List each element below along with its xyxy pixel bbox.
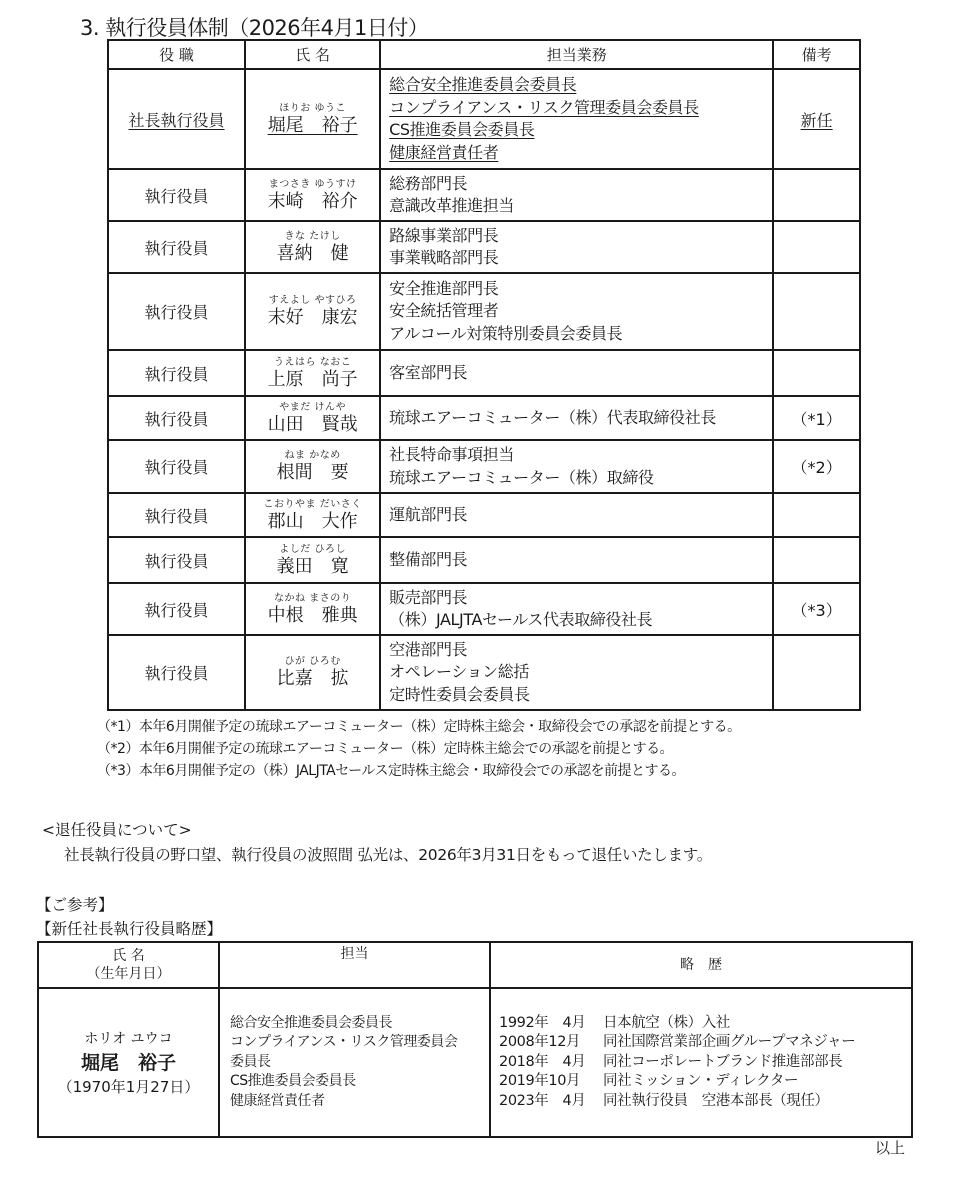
biography-table: 氏 名（生年月日） 担当 略 歴 ホリオ ユウコ 堀尾 裕子 （1970年1月2… <box>37 941 913 1138</box>
position: 執行役員 <box>108 635 245 710</box>
note: （*2） <box>773 440 860 493</box>
duty: （株）JALJTAセールス代表取締役社長 <box>389 609 772 632</box>
career-date: 1992年 4月 <box>499 1014 603 1034</box>
career-date: 2019年10月 <box>499 1072 603 1092</box>
note <box>773 537 860 583</box>
table-row: 執行役員 ひが ひろむ比嘉 拡 空港部門長 オペレーション総括 定時性委員会委員… <box>108 635 860 710</box>
career-desc: 同社国際営業部企画グループマネジャー <box>603 1033 855 1053</box>
name-kana: ホリオ ユウコ <box>39 1028 218 1050</box>
header-career: 略 歴 <box>490 942 912 988</box>
note <box>773 493 860 537</box>
duty: 総務部門長 <box>389 173 772 196</box>
name: 末好 康宏 <box>246 307 379 329</box>
table-row: 執行役員 うえはら なおこ上原 尚子 客室部門長 <box>108 350 860 396</box>
name: 山田 賢哉 <box>246 414 379 436</box>
career-desc: 同社コーポレートブランド推進部部長 <box>603 1053 842 1073</box>
career-entry: 2008年12月同社国際営業部企画グループマネジャー <box>499 1033 911 1053</box>
duty: 安全統括管理者 <box>389 300 772 323</box>
duty: 運航部門長 <box>389 504 772 527</box>
career-date: 2023年 4月 <box>499 1092 603 1112</box>
duty: 路線事業部門長 <box>389 225 772 248</box>
name: 中根 雅典 <box>246 605 379 627</box>
position: 執行役員 <box>108 493 245 537</box>
note <box>773 635 860 710</box>
career-entry: 2018年 4月同社コーポレートブランド推進部部長 <box>499 1053 911 1073</box>
duty: 琉球エアーコミューター（株）取締役 <box>389 467 772 490</box>
name: 喜納 健 <box>246 243 379 265</box>
duty: 委員長 <box>230 1053 489 1073</box>
header-duty: 担当 <box>219 942 490 988</box>
duty: CS推進委員会委員長 <box>389 119 772 142</box>
header-name: 氏 名 <box>245 40 380 69</box>
name-kana: よしだ ひろし <box>246 543 379 556</box>
reference-label: 【ご参考】 <box>36 893 114 915</box>
closing-text: 以上 <box>875 1137 905 1158</box>
position: 執行役員 <box>108 169 245 221</box>
table-row: 執行役員 こおりやま だいさく郡山 大作 運航部門長 <box>108 493 860 537</box>
name-kana: なかね まさのり <box>246 592 379 605</box>
duty: コンプライアンス・リスク管理委員会 <box>230 1033 489 1053</box>
position: 執行役員 <box>108 221 245 273</box>
duty: 整備部門長 <box>389 549 772 572</box>
duty: 意識改革推進担当 <box>389 195 772 218</box>
career-desc: 同社執行役員 空港本部長（現任） <box>603 1092 829 1112</box>
name: 義田 寛 <box>246 556 379 578</box>
name: 比嘉 拡 <box>246 668 379 690</box>
note: （*3） <box>773 583 860 635</box>
duty: 社長特命事項担当 <box>389 444 772 467</box>
name: 郡山 大作 <box>246 511 379 533</box>
duty: 販売部門長 <box>389 587 772 610</box>
name-kana: ねま かなめ <box>246 449 379 462</box>
position: 執行役員 <box>108 396 245 440</box>
duty: 琉球エアーコミューター（株）代表取締役社長 <box>389 407 772 430</box>
duty: 総合安全推進委員会委員長 <box>389 74 772 97</box>
name: 末崎 裕介 <box>246 191 379 213</box>
duty: 定時性委員会委員長 <box>389 684 772 707</box>
table-row: 執行役員 まつさき ゆうすけ末崎 裕介 総務部門長 意識改革推進担当 <box>108 169 860 221</box>
duty: 総合安全推進委員会委員長 <box>230 1014 489 1034</box>
name-kana: こおりやま だいさく <box>246 498 379 511</box>
position: 執行役員 <box>108 350 245 396</box>
note <box>773 221 860 273</box>
duty: 事業戦略部門長 <box>389 247 772 270</box>
table-header-row: 氏 名（生年月日） 担当 略 歴 <box>38 942 912 988</box>
career-entry: 1992年 4月日本航空（株）入社 <box>499 1014 911 1034</box>
name: 堀尾 裕子 <box>246 115 379 137</box>
duty: 安全推進部門長 <box>389 278 772 301</box>
table-row: 社長執行役員 ほりお ゆうこ堀尾 裕子 総合安全推進委員会委員長 コンプライアン… <box>108 69 860 169</box>
career-entry: 2023年 4月同社執行役員 空港本部長（現任） <box>499 1092 911 1112</box>
table-row: 執行役員 きな たけし喜納 健 路線事業部門長 事業戦略部門長 <box>108 221 860 273</box>
note <box>773 273 860 350</box>
footnote: （*3）本年6月開催予定の（株）JALJTAセールス定時株主総会・取締役会での承… <box>97 760 741 782</box>
name: 根間 要 <box>246 462 379 484</box>
section-title: 3. 執行役員体制（2026年4月1日付） <box>80 12 428 42</box>
retirement-heading: <退任役員について> <box>42 818 192 840</box>
executive-officers-table: 役 職 氏 名 担当業務 備考 社長執行役員 ほりお ゆうこ堀尾 裕子 総合安全… <box>107 39 861 711</box>
position: 執行役員 <box>108 273 245 350</box>
retirement-body: 社長執行役員の野口望、執行役員の波照間 弘光は、2026年3月31日をもって退任… <box>64 843 712 865</box>
duty: CS推進委員会委員長 <box>230 1072 489 1092</box>
note <box>773 169 860 221</box>
position: 執行役員 <box>108 440 245 493</box>
duty: オペレーション総括 <box>389 661 772 684</box>
duty: 空港部門長 <box>389 639 772 662</box>
header-name-birth: 氏 名（生年月日） <box>38 942 219 988</box>
footnote: （*1）本年6月開催予定の琉球エアーコミューター（株）定時株主総会・取締役会での… <box>97 716 741 738</box>
name-kana: うえはら なおこ <box>246 356 379 369</box>
birth-date: （1970年1月27日） <box>39 1076 218 1098</box>
table-row: 執行役員 やまだ けんや山田 賢哉 琉球エアーコミューター（株）代表取締役社長 … <box>108 396 860 440</box>
header-position: 役 職 <box>108 40 245 69</box>
note: 新任 <box>801 111 833 130</box>
career-desc: 同社ミッション・ディレクター <box>603 1072 798 1092</box>
career-date: 2008年12月 <box>499 1033 603 1053</box>
name-kana: きな たけし <box>246 230 379 243</box>
table-row: 執行役員 なかね まさのり中根 雅典 販売部門長 （株）JALJTAセールス代表… <box>108 583 860 635</box>
duty: 健康経営責任者 <box>230 1092 489 1112</box>
duty: アルコール対策特別委員会委員長 <box>389 323 772 346</box>
header-notes: 備考 <box>773 40 860 69</box>
duty: コンプライアンス・リスク管理委員会委員長 <box>389 97 772 120</box>
footnote: （*2）本年6月開催予定の琉球エアーコミューター（株）定時株主総会での承認を前提… <box>97 738 741 760</box>
table-row: 執行役員 よしだ ひろし義田 寛 整備部門長 <box>108 537 860 583</box>
name-kana: すえよし やすひろ <box>246 294 379 307</box>
duty: 健康経営責任者 <box>389 142 772 165</box>
duty: 客室部門長 <box>389 362 772 385</box>
position: 執行役員 <box>108 537 245 583</box>
table-row: 執行役員 ねま かなめ根間 要 社長特命事項担当 琉球エアーコミューター（株）取… <box>108 440 860 493</box>
name-kana: まつさき ゆうすけ <box>246 178 379 191</box>
name-kana: ほりお ゆうこ <box>246 102 379 115</box>
note: （*1） <box>773 396 860 440</box>
note <box>773 350 860 396</box>
reference-title: 【新任社長執行役員略歴】 <box>36 917 222 939</box>
table-row: ホリオ ユウコ 堀尾 裕子 （1970年1月27日） 総合安全推進委員会委員長 … <box>38 988 912 1137</box>
position: 執行役員 <box>108 583 245 635</box>
career-desc: 日本航空（株）入社 <box>603 1014 730 1034</box>
table-header-row: 役 職 氏 名 担当業務 備考 <box>108 40 860 69</box>
career-date: 2018年 4月 <box>499 1053 603 1073</box>
header-name: 氏 名 <box>112 948 144 964</box>
table-row: 執行役員 すえよし やすひろ末好 康宏 安全推進部門長 安全統括管理者 アルコー… <box>108 273 860 350</box>
name: 堀尾 裕子 <box>39 1050 218 1076</box>
name-kana: やまだ けんや <box>246 401 379 414</box>
position: 社長執行役員 <box>129 111 225 130</box>
header-duties: 担当業務 <box>380 40 773 69</box>
name-kana: ひが ひろむ <box>246 655 379 668</box>
header-birth: （生年月日） <box>87 966 171 982</box>
career-entry: 2019年10月同社ミッション・ディレクター <box>499 1072 911 1092</box>
footnotes: （*1）本年6月開催予定の琉球エアーコミューター（株）定時株主総会・取締役会での… <box>97 716 741 782</box>
name: 上原 尚子 <box>246 369 379 391</box>
